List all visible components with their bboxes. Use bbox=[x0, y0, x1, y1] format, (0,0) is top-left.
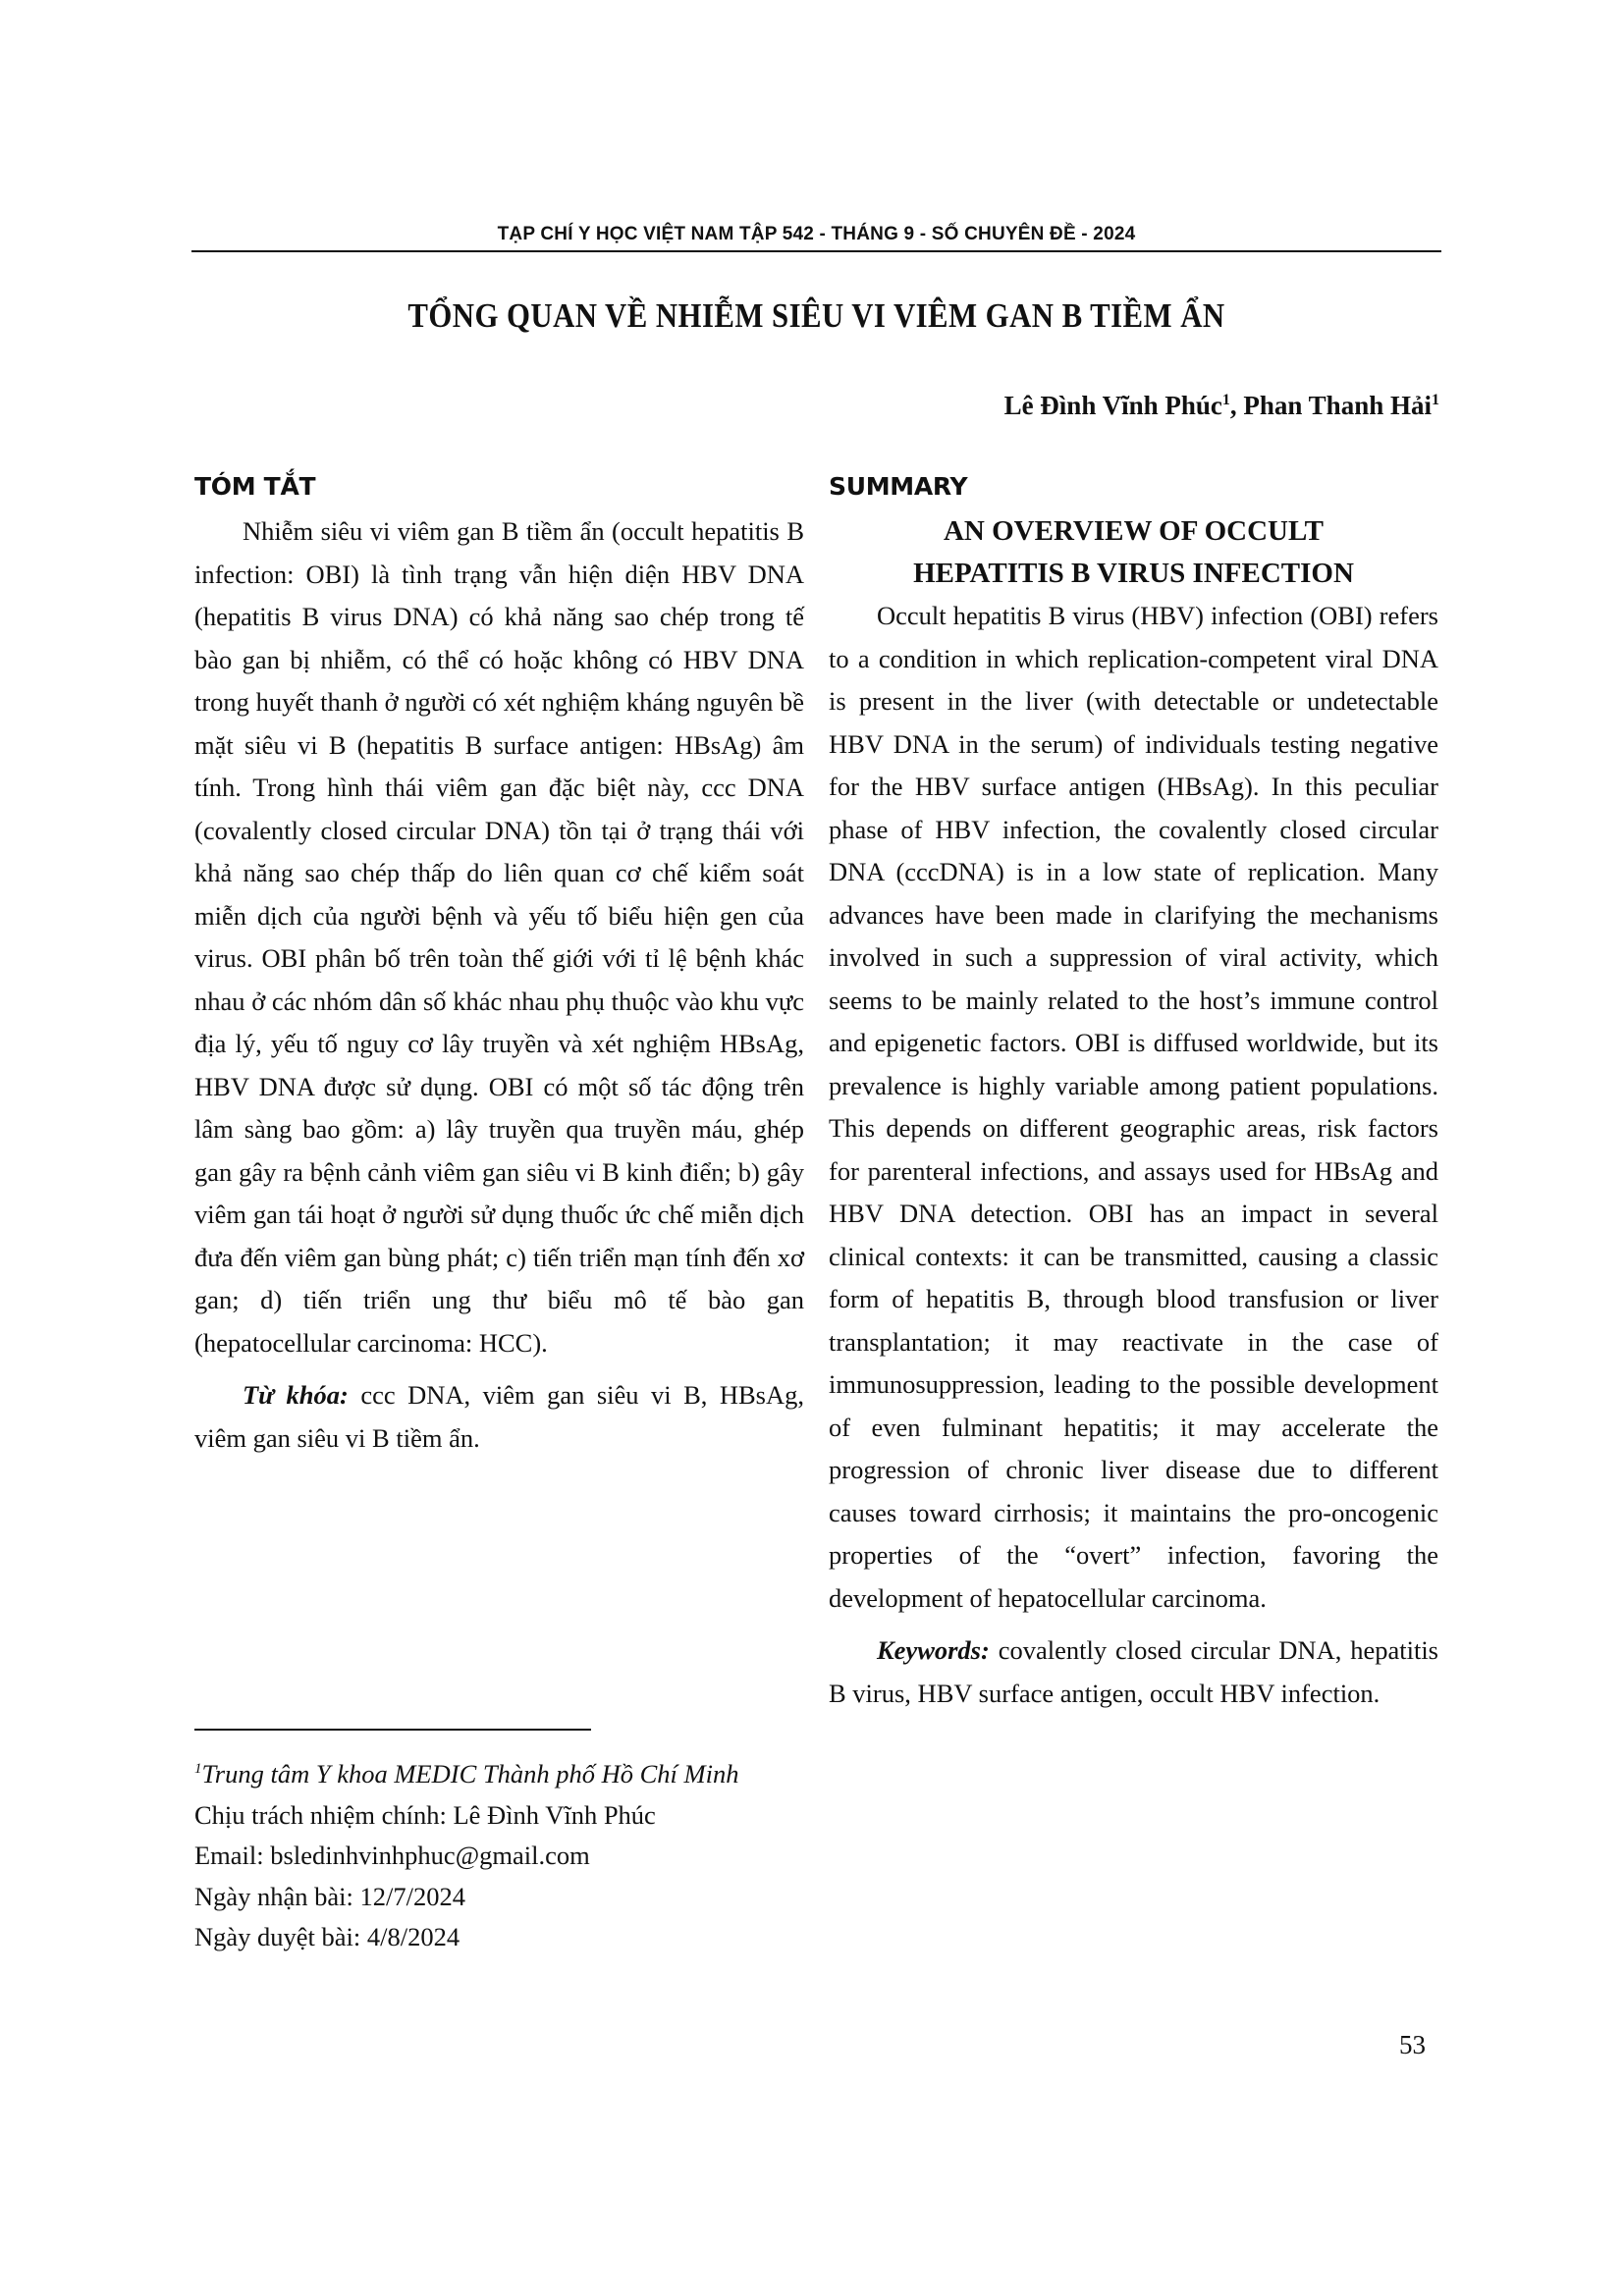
keywords-en: Keywords: covalently closed circular DNA… bbox=[829, 1629, 1438, 1715]
english-title: AN OVERVIEW OF OCCULT HEPATITIS B VIRUS … bbox=[829, 510, 1438, 595]
keywords-vi: Từ khóa: ccc DNA, viêm gan siêu vi B, HB… bbox=[194, 1374, 804, 1460]
keywords-vi-label: Từ khóa: bbox=[243, 1380, 349, 1410]
affiliation-mark: 1 bbox=[1432, 392, 1439, 408]
keywords-en-label: Keywords: bbox=[877, 1635, 990, 1665]
corresponding-email: Email: bsledinhvinhphuc@gmail.com bbox=[194, 1836, 804, 1877]
author-list: Lê Đình Vĩnh Phúc1, Phan Thanh Hải1 bbox=[1004, 391, 1439, 421]
author-name: Lê Đình Vĩnh Phúc bbox=[1004, 391, 1222, 420]
affiliation-mark: 1 bbox=[194, 1761, 202, 1777]
section-heading-tom-tat: TÓM TẮT bbox=[194, 467, 804, 507]
affiliation-footnote: 1Trung tâm Y khoa MEDIC Thành phố Hồ Chí… bbox=[194, 1749, 804, 1795]
section-heading-summary: SUMMARY bbox=[829, 467, 1438, 507]
author-separator: , bbox=[1230, 391, 1244, 420]
abstract-vietnamese: TÓM TẮT Nhiễm siêu vi viêm gan B tiềm ẩn… bbox=[194, 467, 804, 1460]
accepted-date: Ngày duyệt bài: 4/8/2024 bbox=[194, 1917, 804, 1958]
author-name: Phan Thanh Hải bbox=[1243, 391, 1432, 420]
abstract-en-body: Occult hepatitis B virus (HBV) infection… bbox=[829, 595, 1438, 1620]
page-number: 53 bbox=[1399, 2030, 1426, 2060]
english-title-line-2: HEPATITIS B VIRUS INFECTION bbox=[829, 553, 1438, 595]
affiliation-mark: 1 bbox=[1222, 392, 1230, 408]
affiliation-text: Trung tâm Y khoa MEDIC Thành phố Hồ Chí … bbox=[202, 1759, 739, 1789]
abstract-vi-body: Nhiễm siêu vi viêm gan B tiềm ẩn (occult… bbox=[194, 510, 804, 1364]
footnote-divider bbox=[194, 1729, 591, 1731]
article-title: TỔNG QUAN VỀ NHIỄM SIÊU VI VIÊM GAN B TI… bbox=[266, 296, 1366, 336]
header-divider bbox=[191, 250, 1441, 252]
corresponding-author: Chịu trách nhiệm chính: Lê Đình Vĩnh Phú… bbox=[194, 1795, 804, 1837]
footnotes: 1Trung tâm Y khoa MEDIC Thành phố Hồ Chí… bbox=[194, 1749, 804, 1958]
english-title-line-1: AN OVERVIEW OF OCCULT bbox=[829, 510, 1438, 553]
journal-page: TẠP CHÍ Y HỌC VIỆT NAM TẬP 542 - THÁNG 9… bbox=[0, 0, 1624, 2296]
abstract-english: SUMMARY AN OVERVIEW OF OCCULT HEPATITIS … bbox=[829, 467, 1438, 1715]
received-date: Ngày nhận bài: 12/7/2024 bbox=[194, 1877, 804, 1918]
journal-running-header: TẠP CHÍ Y HỌC VIỆT NAM TẬP 542 - THÁNG 9… bbox=[191, 224, 1441, 245]
